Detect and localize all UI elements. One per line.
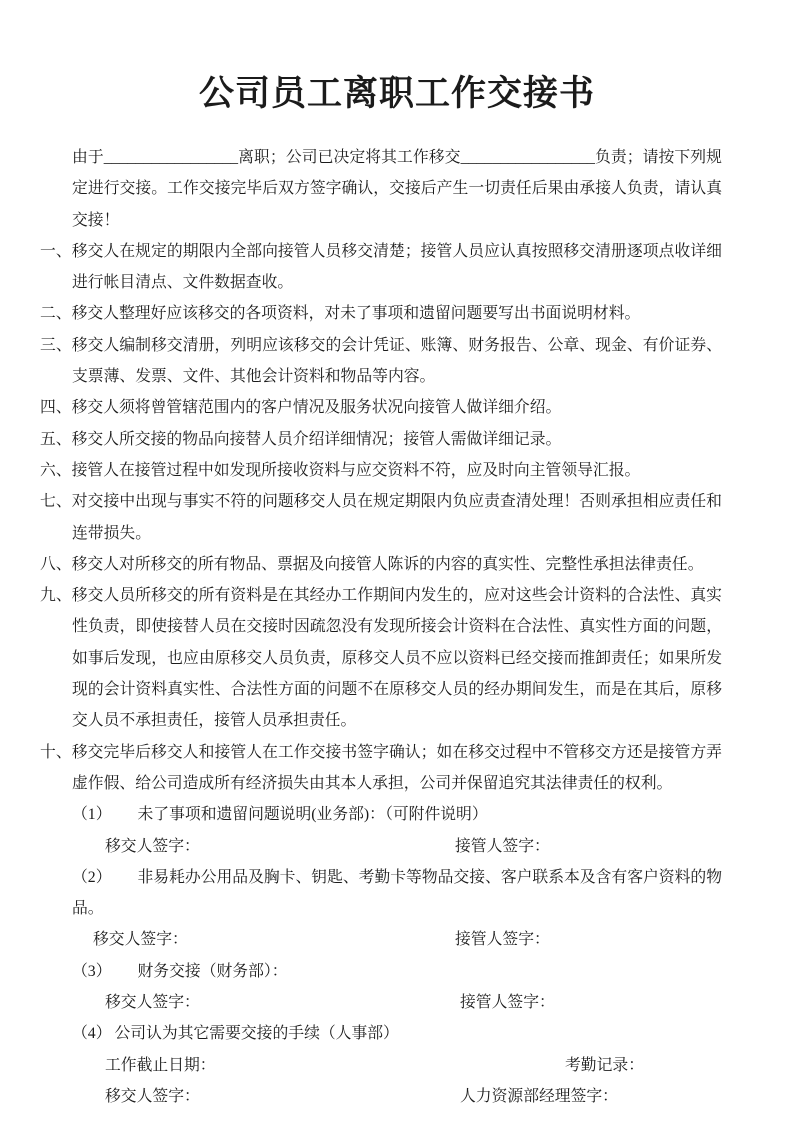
- clause-7: 七、对交接中出现与事实不符的问题移交人员在规定期限内负应责查清处理！否则承担相应…: [72, 486, 722, 549]
- clause-8: 八、移交人对所移交的所有物品、票据及向接管人陈诉的内容的真实性、完整性承担法律责…: [72, 549, 722, 580]
- blank-line-receiver: _________________: [461, 149, 595, 166]
- work-end-date-row: 工作截止日期： 考勤记录：: [72, 1050, 722, 1081]
- intro-text-2: 离职；公司已决定将其工作移交: [238, 149, 461, 166]
- clause-text: 移交人所交接的物品向接替人员介绍详细情况；接管人需做详细记录。: [72, 431, 562, 448]
- signature-row-4: 移交人签字： 人力资源部经理签字：: [72, 1081, 722, 1112]
- clause-10: 十、移交完毕后移交人和接管人在工作交接书签字确认；如在移交过程中不管移交方还是接…: [72, 737, 722, 800]
- subsection-text: 财务交接（财务部）：: [138, 963, 288, 980]
- document-title: 公司员工离职工作交接书: [72, 74, 722, 114]
- subsection-number: （3）: [72, 963, 112, 980]
- attendance-record-label: 考勤记录：: [565, 1050, 644, 1081]
- signature-row-1: 移交人签字： 接管人签字：: [72, 831, 722, 862]
- clause-number: 九、: [40, 587, 72, 604]
- subsection-3-title: （3）财务交接（财务部）：: [72, 956, 722, 987]
- clause-text: 对交接中出现与事实不符的问题移交人员在规定期限内负应责查清处理！否则承担相应责任…: [72, 493, 722, 541]
- transferor-signature-label: 移交人签字：: [93, 924, 188, 955]
- clause-number: 八、: [40, 556, 72, 573]
- receiver-signature-label: 接管人签字：: [460, 987, 555, 1018]
- hr-manager-signature-label: 人力资源部经理签字：: [460, 1081, 618, 1112]
- clause-4: 四、移交人须将曾管辖范围内的客户情况及服务状况向接管人做详细介绍。: [72, 392, 722, 423]
- clause-text: 移交完毕后移交人和接管人在工作交接书签字确认；如在移交过程中不管移交方还是接管方…: [72, 744, 722, 792]
- clause-1: 一、移交人在规定的期限内全部向接管人员移交清楚；接管人员应认真按照移交清册逐项点…: [72, 236, 722, 299]
- clause-text: 接管人在接管过程中如发现所接收资料与应交资料不符，应及时向主管领导汇报。: [72, 462, 641, 479]
- clause-2: 二、移交人整理好应该移交的各项资料，对未了事项和遗留问题要写出书面说明材料。: [72, 298, 722, 329]
- clause-5: 五、移交人所交接的物品向接替人员介绍详细情况；接管人需做详细记录。: [72, 424, 722, 455]
- clause-number: 五、: [40, 431, 72, 448]
- document-body: 由于_________________离职；公司已决定将其工作移交_______…: [72, 142, 722, 1112]
- clause-9: 九、移交人员所移交的所有资料是在其经办工作期间内发生的，应对这些会计资料的合法性…: [72, 580, 722, 736]
- clause-3: 三、移交人编制移交清册，列明应该移交的会计凭证、账簿、财务报告、公章、现金、有价…: [72, 330, 722, 393]
- signature-row-3: 移交人签字： 接管人签字：: [72, 987, 722, 1018]
- clause-text: 移交人在规定的期限内全部向接管人员移交清楚；接管人员应认真按照移交清册逐项点收详…: [72, 243, 722, 291]
- clause-text: 移交人整理好应该移交的各项资料，对未了事项和遗留问题要写出书面说明材料。: [72, 305, 641, 322]
- clause-number: 十、: [40, 744, 72, 761]
- clause-number: 七、: [40, 493, 72, 510]
- receiver-signature-label: 接管人签字：: [455, 831, 550, 862]
- transferor-signature-label: 移交人签字：: [105, 831, 200, 862]
- clause-number: 二、: [40, 305, 72, 322]
- subsection-text: 公司认为其它需要交接的手续（人事部）: [115, 1025, 399, 1042]
- clause-text: 移交人员所移交的所有资料是在其经办工作期间内发生的，应对这些会计资料的合法性、真…: [72, 587, 722, 729]
- subsection-number: （2）: [72, 869, 112, 886]
- subsection-number: （1）: [72, 806, 112, 823]
- transferor-signature-label: 移交人签字：: [105, 1081, 200, 1112]
- blank-line-departing-employee: _________________: [104, 149, 238, 166]
- clause-text: 移交人须将曾管辖范围内的客户情况及服务状况向接管人做详细介绍。: [72, 399, 562, 416]
- clause-text: 移交人编制移交清册，列明应该移交的会计凭证、账簿、财务报告、公章、现金、有价证券…: [72, 337, 722, 385]
- document-page: 公司员工离职工作交接书 由于_________________离职；公司已决定将…: [0, 0, 793, 1122]
- work-end-date-label: 工作截止日期：: [105, 1050, 216, 1081]
- subsection-4-title: （4）公司认为其它需要交接的手续（人事部）: [72, 1018, 722, 1049]
- clause-number: 四、: [40, 399, 72, 416]
- signature-row-2: 移交人签字： 接管人签字：: [72, 924, 722, 955]
- subsection-number: （4）: [72, 1025, 112, 1042]
- intro-text-1: 由于: [72, 149, 104, 166]
- clause-number: 三、: [40, 337, 72, 354]
- subsection-2-title: （2）非易耗办公用品及胸卡、钥匙、考勤卡等物品交接、客户联系本及含有客户资料的物…: [72, 862, 722, 925]
- clause-text: 移交人对所移交的所有物品、票据及向接管人陈诉的内容的真实性、完整性承担法律责任。: [72, 556, 704, 573]
- clause-number: 六、: [40, 462, 72, 479]
- receiver-signature-label: 接管人签字：: [455, 924, 550, 955]
- subsection-1-title: （1）未了事项和遗留问题说明(业务部)：（可附件说明）: [72, 799, 722, 830]
- subsection-text: 非易耗办公用品及胸卡、钥匙、考勤卡等物品交接、客户联系本及含有客户资料的物品。: [72, 869, 722, 917]
- clause-6: 六、接管人在接管过程中如发现所接收资料与应交资料不符，应及时向主管领导汇报。: [72, 455, 722, 486]
- subsection-text: 未了事项和遗留问题说明(业务部)：（可附件说明）: [138, 806, 488, 823]
- clause-number: 一、: [40, 243, 72, 260]
- transferor-signature-label: 移交人签字：: [105, 987, 200, 1018]
- intro-paragraph: 由于_________________离职；公司已决定将其工作移交_______…: [72, 142, 722, 236]
